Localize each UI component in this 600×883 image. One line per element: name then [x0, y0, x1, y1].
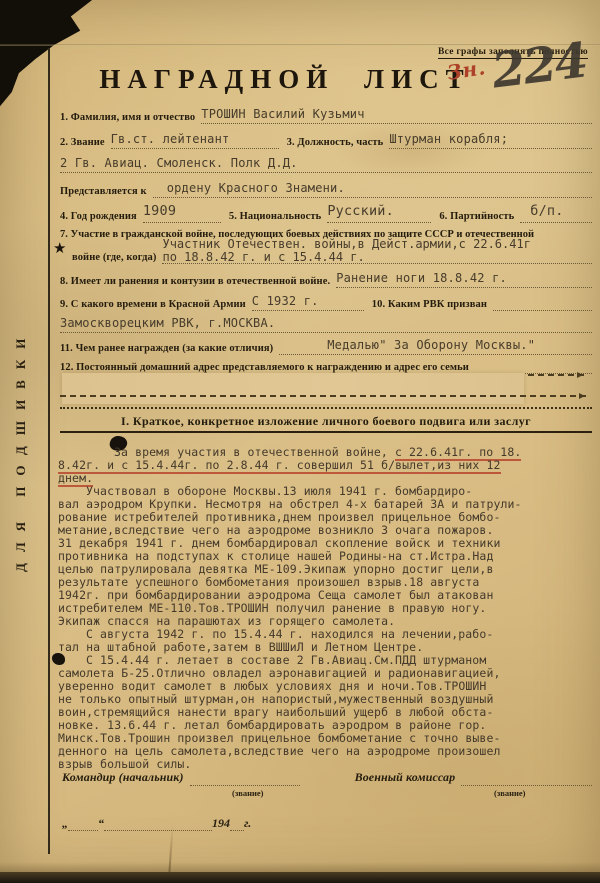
- binding-margin-text: ДЛЯ ПОДШИВКИ: [8, 240, 34, 660]
- body-line: воин,стремящийся нанести врагу наибольши…: [58, 705, 596, 718]
- award-sheet-document: ★ ДЛЯ ПОДШИВКИ Все графы заполнять полно…: [0, 0, 600, 883]
- body-line: вал аэродром Крупки. Несмотря на обстрел…: [58, 497, 596, 510]
- body-line: результате успешного бомбометания произо…: [58, 575, 596, 588]
- field-value-name: ТРОШИН Василий Кузьмич: [201, 109, 592, 124]
- body-line: Экипаж спасся на парашютах из горящего с…: [58, 614, 596, 627]
- field-value-wounds: Ранение ноги 18.8.42 г.: [336, 273, 592, 288]
- field-label-birth-year: 4. Год рождения: [60, 211, 143, 223]
- war-participation-line-1: Участник Отечествен. войны,в Дейст.армии…: [162, 237, 592, 250]
- body-line: тал на штабной работе,затем в ВШШиЛ и Ле…: [58, 640, 596, 653]
- field-row-name: 1. Фамилия, имя и отчество ТРОШИН Васили…: [60, 98, 592, 124]
- body-line: Участвовал в обороне Москвы.13 июля 1941…: [58, 484, 596, 497]
- field-row-home-address: 12. Постоянный домашний адрес представля…: [60, 356, 592, 374]
- date-day-line: [68, 830, 98, 831]
- body-line: метание,вследствие чего на аэродроме воз…: [58, 523, 596, 536]
- date-close-quote: “: [98, 816, 104, 831]
- redacted-address-block: [62, 373, 524, 404]
- field-value-party: б/п.: [520, 206, 592, 223]
- field-label-wounds: 8. Имеет ли ранения и контузии в отечест…: [60, 276, 336, 288]
- date-year-suffix: г.: [244, 816, 251, 831]
- date-year-line: [230, 830, 244, 831]
- field-value-unit: 2 Гв. Авиац. Смоленск. Полк Д.Д.: [60, 158, 592, 173]
- field-row-presented-for: Представляется к ордену Красного Знамени…: [60, 172, 592, 198]
- commissar-signature-label: Военный комиссар: [355, 770, 462, 786]
- field-value-war-participation: Участник Отечествен. войны,в Дейст.армии…: [162, 237, 592, 264]
- field-value-presented-for: ордену Красного Знамени.: [153, 183, 592, 198]
- signature-line: [190, 785, 300, 786]
- handwritten-reg-number: 224: [489, 32, 589, 99]
- date-line: „ “ 194 г.: [62, 816, 302, 831]
- body-line: Минск.Тов.Трошин произвел прицельное бом…: [58, 731, 596, 744]
- body-line: новке. 13.6.44 г. летал бомбардировать а…: [58, 718, 596, 731]
- body-line: целью патрулировала девятка МЕ-109.Экипа…: [58, 562, 596, 575]
- body-line: самолета Б-25.Отлично овладел аэронавига…: [58, 666, 596, 679]
- body-line: С 15.4.44 г. летает в составе 2 Гв.Авиац…: [58, 653, 596, 666]
- field-label-nationality: 5. Национальность: [221, 211, 327, 223]
- field-row-birth-nationality-party: 4. Год рождения 1909 5. Национальность Р…: [60, 197, 592, 223]
- binding-margin-rule: [48, 48, 50, 854]
- dashed-line-arrow: [528, 374, 584, 376]
- war-participation-line-2: по 18.8.42 г. и с 15.4.44 г.: [162, 250, 592, 263]
- field-row-rank-position: 2. Звание Гв.ст. лейтенант 3. Должность,…: [60, 123, 592, 149]
- body-line: рование истребителей противника,днем про…: [58, 510, 596, 523]
- field-row-drafted-by-value: Замоскворецким РВК, г.МОСКВА.: [60, 311, 592, 333]
- field-row-prior-awards: 11. Чем ранее награжден (за какие отличи…: [60, 333, 592, 355]
- paper-edge-shadow: [0, 862, 600, 872]
- paper-bottom-edge: [0, 872, 600, 883]
- field-label-prior-awards: 11. Чем ранее награжден (за какие отличи…: [60, 343, 279, 355]
- signature-row: Командир (начальник) Военный комиссар: [62, 770, 592, 786]
- dashed-line-arrow: [60, 395, 586, 397]
- body-line: За время участия в отечественной войне, …: [58, 445, 596, 458]
- section-rule-top: [60, 407, 592, 409]
- body-line: 31 декабря 1941 г. днем бомбардировал ск…: [58, 536, 596, 549]
- field-row-wounds: 8. Имеет ли ранения и контузии в отечест…: [60, 264, 592, 288]
- field-row-war-participation: войне (где, когда) Участник Отечествен. …: [60, 240, 592, 264]
- field-row-unit: 2 Гв. Авиац. Смоленск. Полк Д.Д.: [60, 148, 592, 173]
- field-value-nationality: Русский.: [327, 206, 431, 223]
- field-label-war-where-when: войне (где, когда): [60, 252, 162, 264]
- citation-body: За время участия в отечественной войне, …: [58, 445, 596, 770]
- field-row-army-since: 9. С какого времени в Красной Армии С 19…: [60, 288, 592, 311]
- field-label-party: 6. Партийность: [431, 211, 520, 223]
- body-line: противника на подступах к столице нашей …: [58, 549, 596, 562]
- date-open-quote: „: [62, 816, 68, 831]
- field-value-birth-year: 1909: [143, 206, 221, 223]
- field-value-position: Штурман корабля;: [389, 134, 592, 149]
- date-year-prefix: 194: [212, 816, 230, 831]
- date-month-line: [104, 830, 212, 831]
- signature-line: [461, 785, 592, 786]
- body-line: истребителем МЕ-110.Тов.ТРОШИН получил р…: [58, 601, 596, 614]
- commander-signature-label: Командир (начальник): [62, 770, 190, 786]
- field-label-army-since: 9. С какого времени в Красной Армии: [60, 299, 252, 311]
- body-line: 1942г. при бомбардировании аэродрома Сещ…: [58, 588, 596, 601]
- body-line: уверенно водит самолет в любых условиях …: [58, 679, 596, 692]
- section-rule-bottom: [60, 431, 592, 433]
- rank-caption: (звание): [494, 788, 526, 798]
- section-heading: I. Краткое, конкретное изложение личного…: [60, 414, 592, 429]
- body-line: С августа 1942 г. по 15.4.44 г. находилс…: [58, 627, 596, 640]
- rank-caption: (звание): [232, 788, 264, 798]
- field-value-drafted-by: Замоскворецким РВК, г.МОСКВА.: [60, 318, 592, 333]
- field-value-army-since: С 1932 г.: [252, 296, 364, 311]
- document-title: НАГРАДНОЙ ЛИСТ: [95, 64, 475, 95]
- field-label-drafted-by: 10. Каким РВК призван: [364, 299, 493, 311]
- body-line: взрыв большой силы.: [58, 757, 596, 770]
- field-value-prior-awards: Медалью" За Оборону Москвы.": [279, 340, 592, 355]
- body-line: не только опытный штурман,он напористый,…: [58, 692, 596, 705]
- field-value-rank: Гв.ст. лейтенант: [111, 134, 279, 149]
- handwritten-reg-mark: Зн.: [445, 55, 487, 85]
- body-line: денного на цель самолета,вследствие чего…: [58, 744, 596, 757]
